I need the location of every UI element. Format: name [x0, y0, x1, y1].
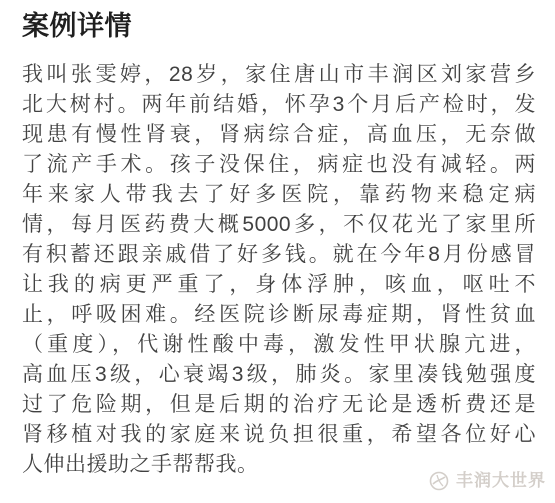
article-text-line: （重度），代谢性酸中毒，激发性甲状腺亢进，: [22, 330, 536, 360]
article-text-line: 过了危险期，但是后期的治疗无论是透析费还是: [22, 390, 536, 420]
page-title: 案例详情: [22, 10, 132, 42]
article-text-line: 北大树村。两年前结婚，怀孕3个月后产检时，发: [22, 90, 536, 120]
article-text-line: 高血压3级，心衰竭3级，肺炎。家里凑钱勉强度: [22, 360, 536, 390]
globe-swirl-icon: [429, 471, 449, 491]
article-text-line: 我叫张雯婷，28岁，家住唐山市丰润区刘家营乡: [22, 60, 536, 90]
article-page: 案例详情 我叫张雯婷，28岁，家住唐山市丰润区刘家营乡北大树村。两年前结婚，怀孕…: [0, 0, 555, 503]
article-text-line: 情，每月医药费大概5000多，不仅花光了家里所: [22, 210, 536, 240]
article-text-line: 现患有慢性肾衰，肾病综合症，高血压，无奈做: [22, 120, 536, 150]
article-body: 我叫张雯婷，28岁，家住唐山市丰润区刘家营乡北大树村。两年前结婚，怀孕3个月后产…: [22, 60, 536, 480]
watermark: 丰润大世界: [429, 471, 546, 491]
article-text-line: 了流产手术。孩子没保住，病症也没有减轻。两: [22, 150, 536, 180]
watermark-label: 丰润大世界: [456, 471, 546, 491]
article-text-line: 让我的病更严重了，身体浮肿，咳血，呕吐不: [22, 270, 536, 300]
article-text-line: 肾移植对我的家庭来说负担很重，希望各位好心: [22, 420, 536, 450]
article-text-line: 年来家人带我去了好多医院，靠药物来稳定病: [22, 180, 536, 210]
article-text-line: 止，呼吸困难。经医院诊断尿毒症期，肾性贫血: [22, 300, 536, 330]
article-text-line: 有积蓄还跟亲戚借了好多钱。就在今年8月份感冒: [22, 240, 536, 270]
